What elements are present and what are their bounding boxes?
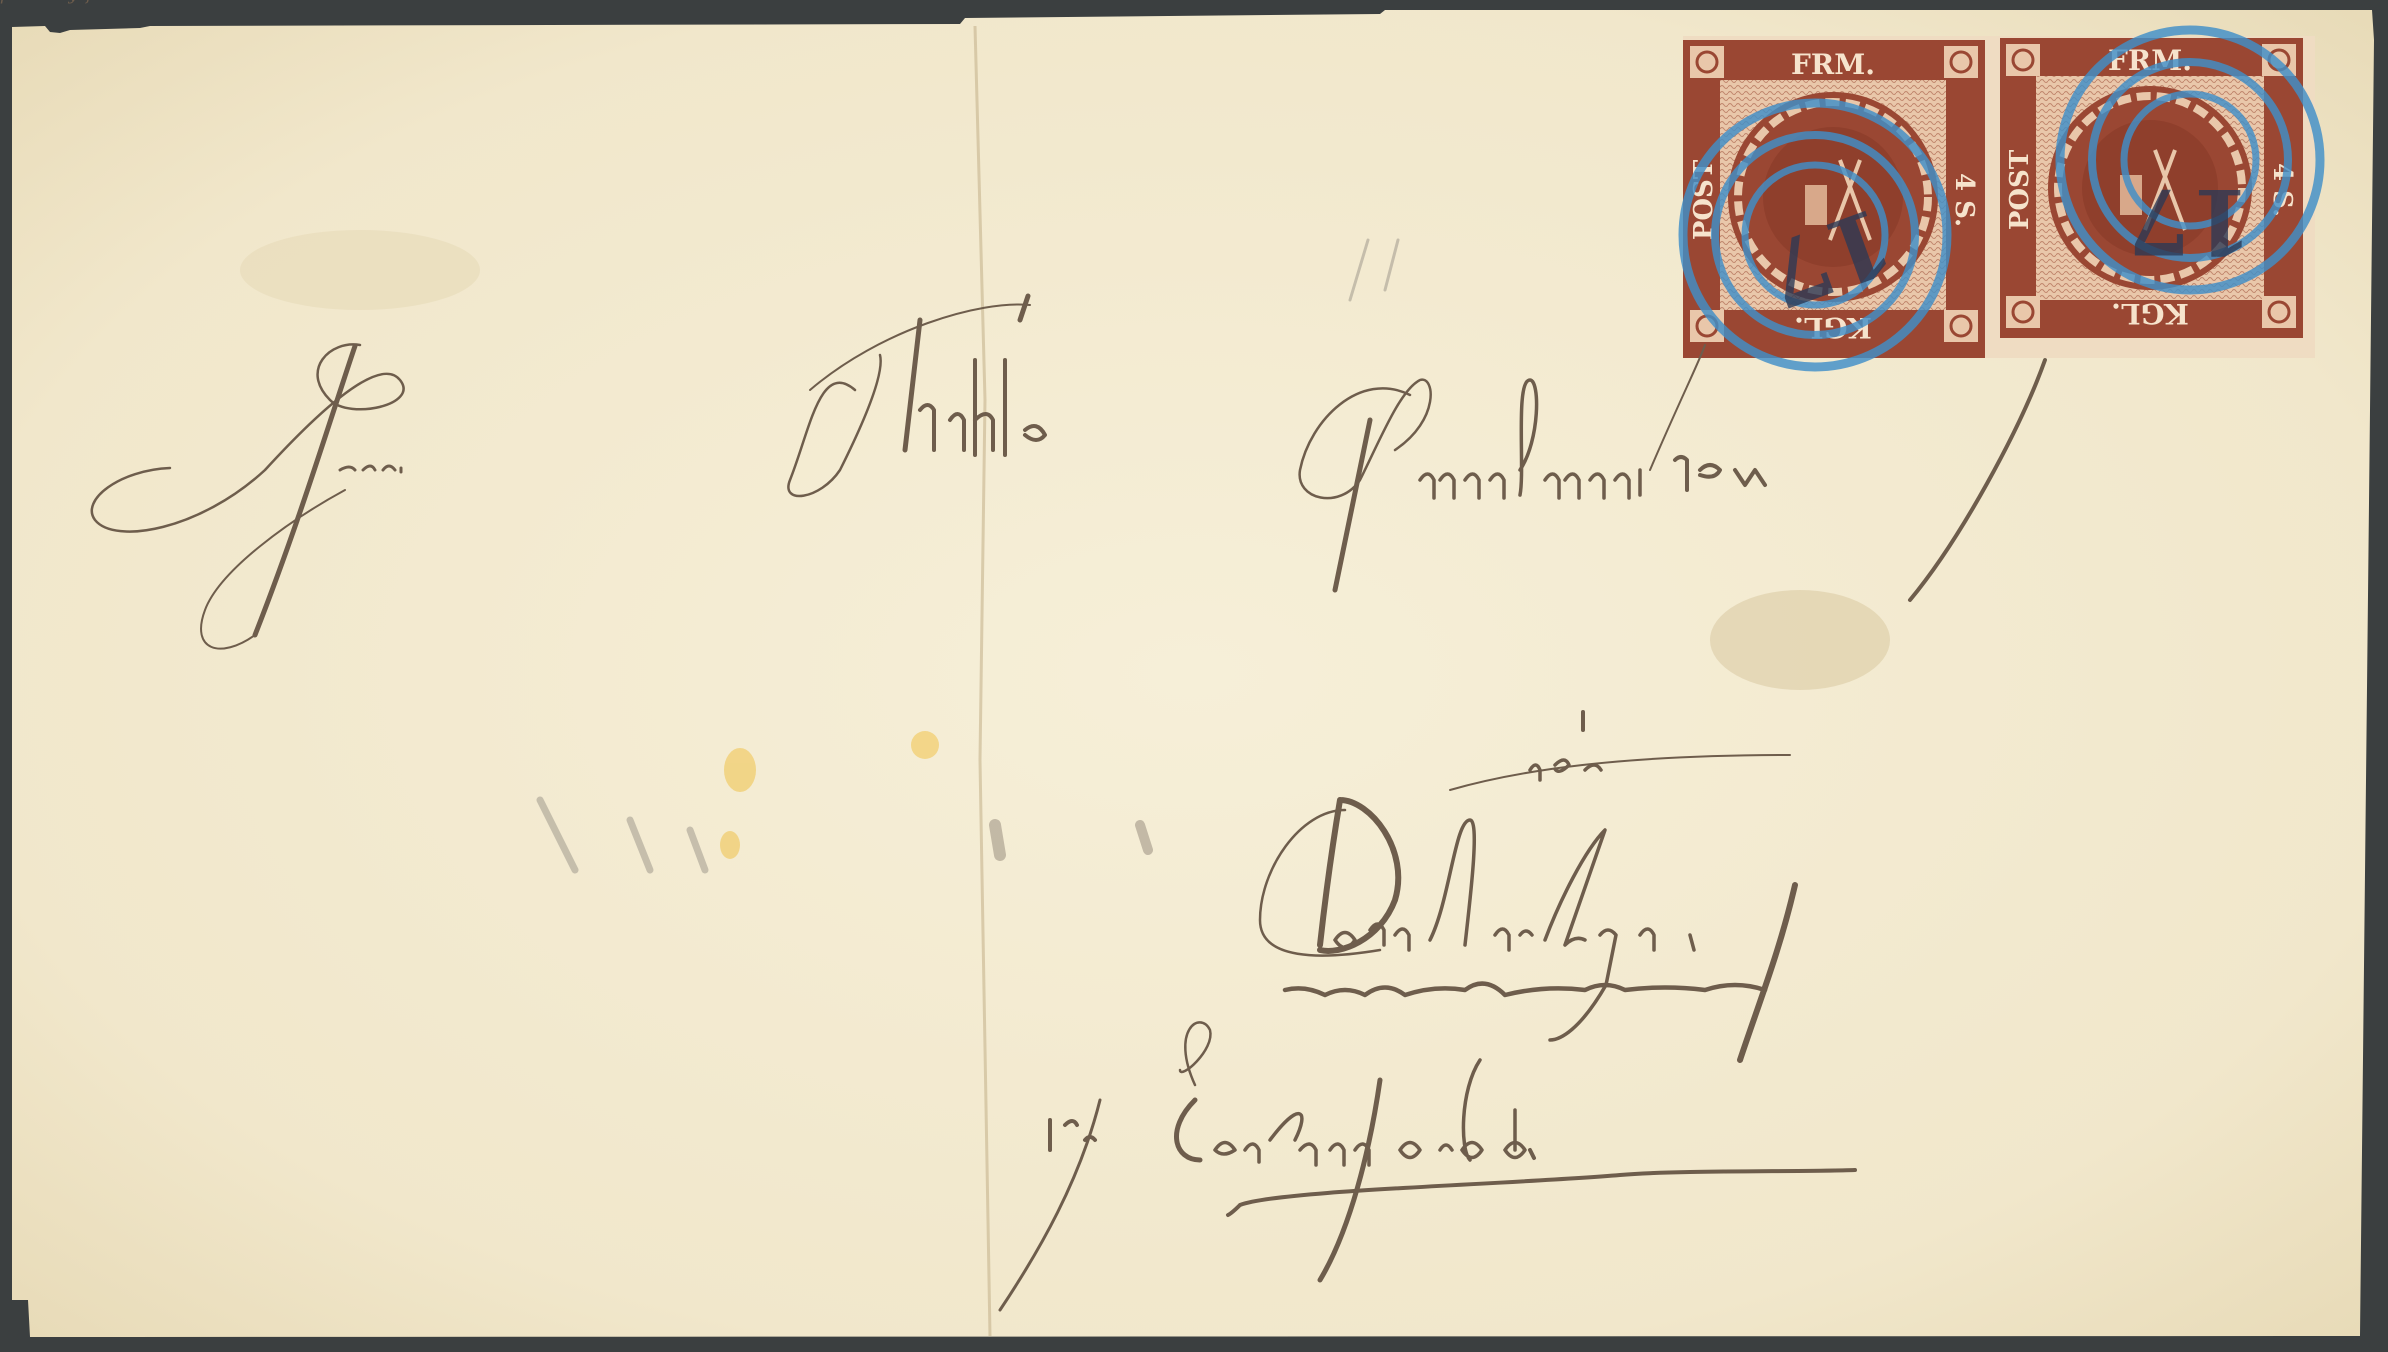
stamp-2-bottom-text: KGL. [2111,297,2189,330]
postal-cover: FRM. POST 4 S. KGL. FRM. POST 4 S. KGL. [0,0,2388,1352]
stamp-2-left-text: POST [2005,149,2035,230]
address-routing: pr: Eckernförde. [0,0,134,4]
postmark-2-numeral: 17 [2127,168,2252,274]
stamp-1-right-text: 4 S. [1949,173,1979,227]
stamp-1-top-text: FRM. [1791,48,1875,81]
